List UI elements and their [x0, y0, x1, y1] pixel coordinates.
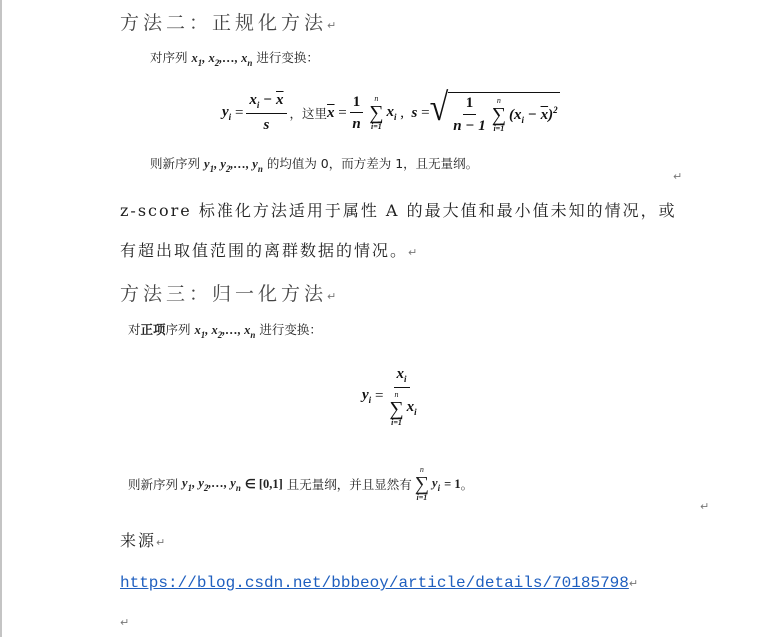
- interval: ∈ [0,1]: [245, 476, 283, 492]
- method3-result: 则新序列 y1, y2,…, yn ∈ [0,1] 且无量纲，并且显然有 n∑i…: [128, 462, 473, 506]
- paragraph-mark-icon: ↵: [700, 500, 709, 513]
- here-label: ，这里: [290, 104, 328, 122]
- source-label-text: 来源: [120, 531, 156, 550]
- sequence-x: x1, x2,…, xn: [195, 323, 256, 337]
- result-middle: 且无量纲，并且显然有: [287, 475, 412, 493]
- method2-result: 则新序列 y1, y2,…, yn 的均值为 0，而方差为 1，且无量纲。: [150, 154, 478, 174]
- paragraph-mark-icon: ↵: [156, 536, 165, 549]
- paragraph-mark-icon: ↵: [327, 290, 336, 303]
- normalization-formula: yi = xi n∑i=1 xi: [362, 366, 420, 427]
- method2-heading: 方法二：正规化方法↵: [120, 8, 336, 35]
- intro-prefix: 对序列: [150, 50, 188, 65]
- intro-suffix: 进行变换：: [259, 322, 322, 337]
- paragraph-mark-icon: ↵: [120, 616, 129, 629]
- paragraph-mark-icon: ↵: [327, 19, 336, 32]
- result-prefix: 则新序列: [150, 156, 200, 171]
- paragraph-mark-icon: ↵: [629, 577, 638, 590]
- method2-heading-text: 方法二：正规化方法: [120, 12, 327, 34]
- intro-mid: 序列: [166, 322, 191, 337]
- positive-term-bold: 正项: [141, 322, 166, 337]
- result-end: 。: [461, 475, 474, 493]
- intro-prefix: 对: [128, 322, 141, 337]
- result-prefix: 则新序列: [128, 475, 178, 493]
- zscore-formula: yi = xi − xs ，这里 x = 1n n∑i=1 xi , s = √…: [222, 88, 560, 138]
- paragraph-mark-icon: ↵: [673, 170, 682, 183]
- source-link-line: https://blog.csdn.net/bbbeoy/article/det…: [120, 572, 638, 592]
- source-link[interactable]: https://blog.csdn.net/bbbeoy/article/det…: [120, 574, 629, 592]
- intro-suffix: 进行变换：: [256, 50, 319, 65]
- method3-heading-text: 方法三：归一化方法: [120, 283, 327, 305]
- zscore-line2-text: 有超出取值范围的离群数据的情况。: [120, 241, 408, 260]
- page-left-edge: [0, 0, 2, 637]
- source-label: 来源↵: [120, 528, 165, 551]
- method2-transform-intro: 对序列 x1, x2,…, xn 进行变换：: [150, 48, 319, 68]
- sequence-y: y1, y2,…, yn: [182, 476, 241, 493]
- sequence-y: y1, y2,…, yn: [204, 157, 263, 171]
- method3-transform-intro: 对正项序列 x1, x2,…, xn 进行变换：: [128, 320, 322, 340]
- zscore-paragraph-line1: z-score 标准化方法适用于属性 A 的最大值和最小值未知的情况，或: [120, 198, 677, 221]
- result-suffix: 的均值为 0，而方差为 1，且无量纲。: [267, 156, 478, 171]
- method3-heading: 方法三：归一化方法↵: [120, 279, 336, 306]
- sequence-x: x1, x2,…, xn: [192, 51, 253, 65]
- paragraph-mark-icon: ↵: [408, 246, 417, 259]
- zscore-paragraph-line2: 有超出取值范围的离群数据的情况。↵: [120, 238, 417, 261]
